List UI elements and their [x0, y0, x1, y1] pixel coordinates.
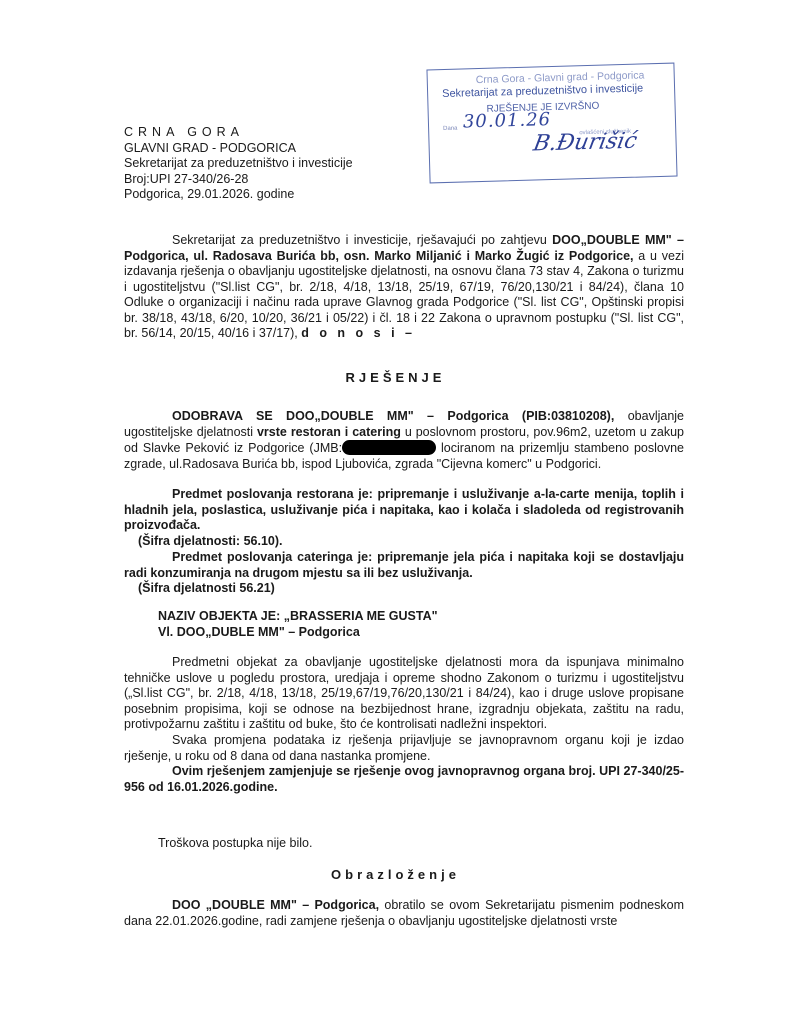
- decision-title: RJEŠENJE: [0, 370, 791, 385]
- catering-subject: Predmet poslovanja cateringa je: priprem…: [124, 550, 684, 581]
- header-department: Sekretarijat za preduzetništvo i investi…: [124, 156, 353, 172]
- object-name-line: NAZIV OBJEKTA JE: „BRASSERIA ME GUSTA": [158, 609, 678, 625]
- intro-text-1: Sekretarijat za preduzetništvo i investi…: [172, 233, 552, 247]
- intro-paragraph: Sekretarijat za preduzetništvo i investi…: [124, 233, 684, 342]
- restaurant-subject: Predmet poslovanja restorana je: priprem…: [124, 487, 684, 534]
- costs-statement: Troškova postupka nije bilo.: [158, 836, 678, 852]
- redacted-jmb: [342, 440, 436, 455]
- header-place-date: Podgorica, 29.01.2026. godine: [124, 187, 353, 203]
- replacement-notice: Ovim rješenjem zamjenjuje se rješenje ov…: [124, 764, 684, 795]
- restaurant-code: (Šifra djelatnosti: 56.10).: [138, 534, 678, 550]
- stamp-line-2: Sekretarijat za preduzetništvo i investi…: [442, 82, 643, 101]
- header-city: GLAVNI GRAD - PODGORICA: [124, 141, 353, 157]
- decision-paragraph: ODOBRAVA SE DOO„DOUBLE MM" – Podgorica (…: [124, 409, 684, 472]
- executive-stamp: Crna Gora - Glavni grad - Podgorica Sekr…: [426, 63, 677, 184]
- decision-approval: ODOBRAVA SE DOO„DOUBLE MM" – Podgorica (…: [172, 409, 614, 423]
- reasoning-applicant: DOO „DOUBLE MM" – Podgorica,: [172, 898, 379, 912]
- header-number: Broj:UPI 27-340/26-28: [124, 172, 353, 188]
- change-notice: Svaka promjena podataka iz rješenja prij…: [124, 733, 684, 764]
- reasoning-title: Obrazloženje: [0, 867, 791, 882]
- object-name: NAZIV OBJEKTA JE: „BRASSERIA ME GUSTA" V…: [158, 609, 678, 640]
- stamp-date-label: Dana: [443, 123, 458, 136]
- document-page: Crna Gora - Glavni grad - Podgorica Sekr…: [0, 0, 791, 1024]
- header-country: CRNA GORA: [124, 125, 353, 141]
- document-header: CRNA GORA GLAVNI GRAD - PODGORICA Sekret…: [124, 125, 353, 203]
- object-owner-line: Vl. DOO„DUBLE MM" – Podgorica: [158, 625, 678, 641]
- stamp-date: 30.01.26: [463, 113, 551, 128]
- conditions-paragraph: Predmetni objekat za obavljanje ugostite…: [124, 655, 684, 733]
- catering-code: (Šifra djelatnosti 56.21): [138, 581, 678, 597]
- reasoning-paragraph: DOO „DOUBLE MM" – Podgorica, obratilo se…: [124, 898, 684, 929]
- decision-type: vrste restoran i catering: [257, 425, 401, 439]
- stamp-signature: B.Đurišić: [532, 135, 638, 151]
- intro-donosi: d o n o s i –: [301, 326, 415, 340]
